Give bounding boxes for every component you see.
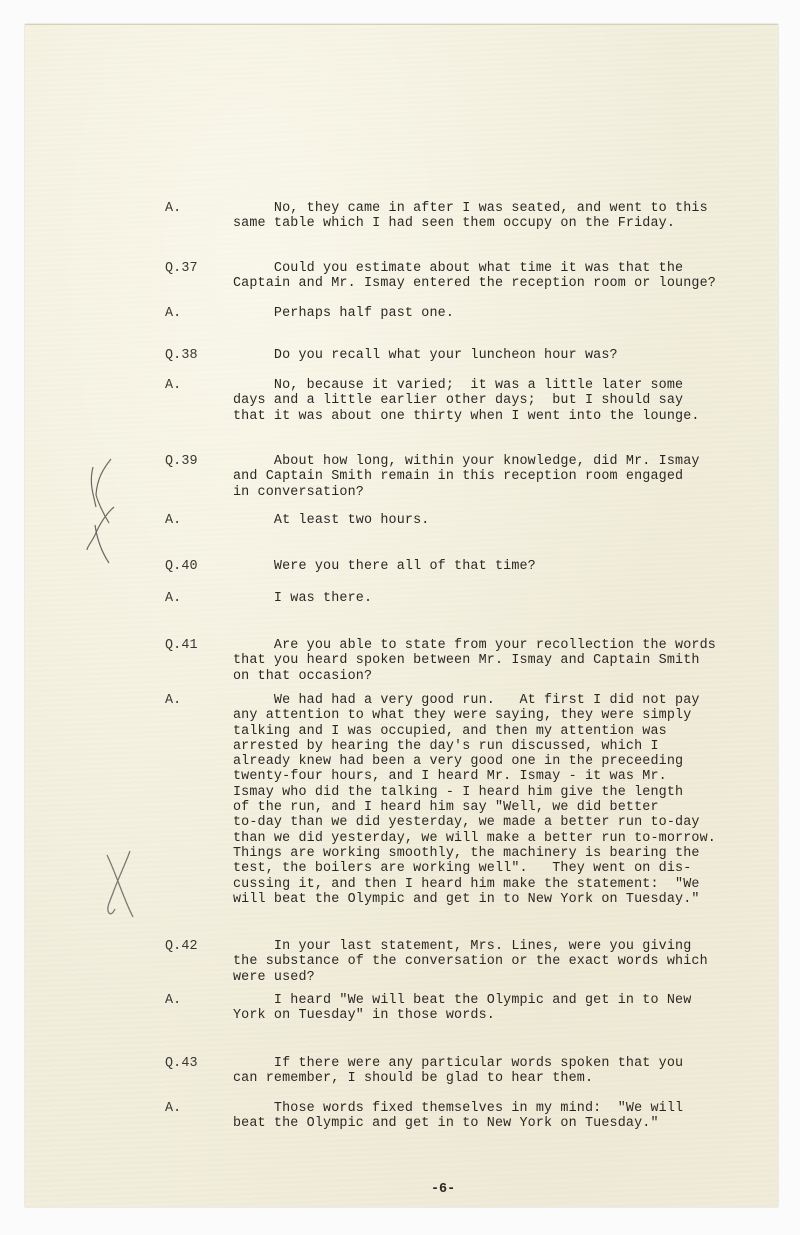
text-line: Are you able to state from your recollec… — [233, 638, 773, 653]
answer-text: I was there. — [233, 591, 773, 606]
text-line: We had had a very good run. At first I d… — [233, 693, 773, 708]
answer-label: A. — [165, 201, 181, 216]
text-line: No, because it varied; it was a little l… — [233, 378, 773, 393]
document-page: A. No, they came in after I was seated, … — [25, 24, 778, 1207]
text-line: cussing it, and then I heard him make th… — [233, 877, 773, 892]
text-line: At least two hours. — [233, 513, 773, 528]
text-line: York on Tuesday" in those words. — [233, 1008, 773, 1023]
text-line: Were you there all of that time? — [233, 559, 773, 574]
question-text: Were you there all of that time? — [233, 559, 773, 574]
text-line: same table which I had seen them occupy … — [233, 216, 773, 231]
text-line: test, the boilers are working well". The… — [233, 861, 773, 876]
answer-text: Perhaps half past one. — [233, 306, 773, 321]
question-number: Q.38 — [165, 348, 198, 363]
question-text: If there were any particular words spoke… — [233, 1056, 773, 1087]
text-line: Those words fixed themselves in my mind:… — [233, 1101, 773, 1116]
text-line: any attention to what they were saying, … — [233, 708, 773, 723]
question-number: Q.40 — [165, 559, 198, 574]
question-number: Q.43 — [165, 1056, 198, 1071]
text-line: that it was about one thirty when I went… — [233, 409, 773, 424]
text-line: in conversation? — [233, 485, 773, 500]
answer-label: A. — [165, 591, 181, 606]
text-line: Perhaps half past one. — [233, 306, 773, 321]
answer-text: No, they came in after I was seated, and… — [233, 201, 773, 232]
text-line: talking and I was occupied, and then my … — [233, 724, 773, 739]
question-text: In your last statement, Mrs. Lines, were… — [233, 939, 773, 985]
text-line: already knew had been a very good one in… — [233, 754, 773, 769]
text-line: In your last statement, Mrs. Lines, were… — [233, 939, 773, 954]
answer-label: A. — [165, 306, 181, 321]
answer-label: A. — [165, 993, 181, 1008]
text-line: will beat the Olympic and get in to New … — [233, 892, 773, 907]
question-text: Do you recall what your luncheon hour wa… — [233, 348, 773, 363]
question-number: Q.39 — [165, 454, 198, 469]
text-line: Captain and Mr. Ismay entered the recept… — [233, 276, 773, 291]
text-line: I was there. — [233, 591, 773, 606]
question-text: Are you able to state from your recollec… — [233, 638, 773, 684]
pencil-mark-x — [97, 847, 142, 927]
text-line: If there were any particular words spoke… — [233, 1056, 773, 1071]
answer-label: A. — [165, 378, 181, 393]
answer-text: At least two hours. — [233, 513, 773, 528]
text-line: Ismay who did the talking - I heard him … — [233, 785, 773, 800]
question-text: Could you estimate about what time it wa… — [233, 261, 773, 292]
answer-text: We had had a very good run. At first I d… — [233, 693, 773, 907]
text-line: Do you recall what your luncheon hour wa… — [233, 348, 773, 363]
text-line: can remember, I should be glad to hear t… — [233, 1071, 773, 1086]
text-line: days and a little earlier other days; bu… — [233, 393, 773, 408]
text-line: I heard "We will beat the Olympic and ge… — [233, 993, 773, 1008]
question-number: Q.41 — [165, 638, 198, 653]
answer-label: A. — [165, 693, 181, 708]
text-line: arrested by hearing the day's run discus… — [233, 739, 773, 754]
text-line: Could you estimate about what time it wa… — [233, 261, 773, 276]
text-line: on that occasion? — [233, 669, 773, 684]
pencil-mark-double-x — [81, 455, 131, 575]
text-line: No, they came in after I was seated, and… — [233, 201, 773, 216]
answer-text: No, because it varied; it was a little l… — [233, 378, 773, 424]
text-line: were used? — [233, 970, 773, 985]
text-line: About how long, within your knowledge, d… — [233, 454, 773, 469]
text-line: than we did yesterday, we will make a be… — [233, 831, 773, 846]
text-line: the substance of the conversation or the… — [233, 954, 773, 969]
text-line: that you heard spoken between Mr. Ismay … — [233, 653, 773, 668]
question-text: About how long, within your knowledge, d… — [233, 454, 773, 500]
answer-label: A. — [165, 513, 181, 528]
text-line: to-day than we did yesterday, we made a … — [233, 815, 773, 830]
text-line: and Captain Smith remain in this recepti… — [233, 469, 773, 484]
question-number: Q.37 — [165, 261, 198, 276]
text-line: of the run, and I heard him say "Well, w… — [233, 800, 773, 815]
text-line: twenty-four hours, and I heard Mr. Ismay… — [233, 769, 773, 784]
text-line: Things are working smoothly, the machine… — [233, 846, 773, 861]
page-number: -6- — [431, 1182, 455, 1197]
answer-text: I heard "We will beat the Olympic and ge… — [233, 993, 773, 1024]
answer-text: Those words fixed themselves in my mind:… — [233, 1101, 773, 1132]
answer-label: A. — [165, 1101, 181, 1116]
question-number: Q.42 — [165, 939, 198, 954]
text-line: beat the Olympic and get in to New York … — [233, 1116, 773, 1131]
